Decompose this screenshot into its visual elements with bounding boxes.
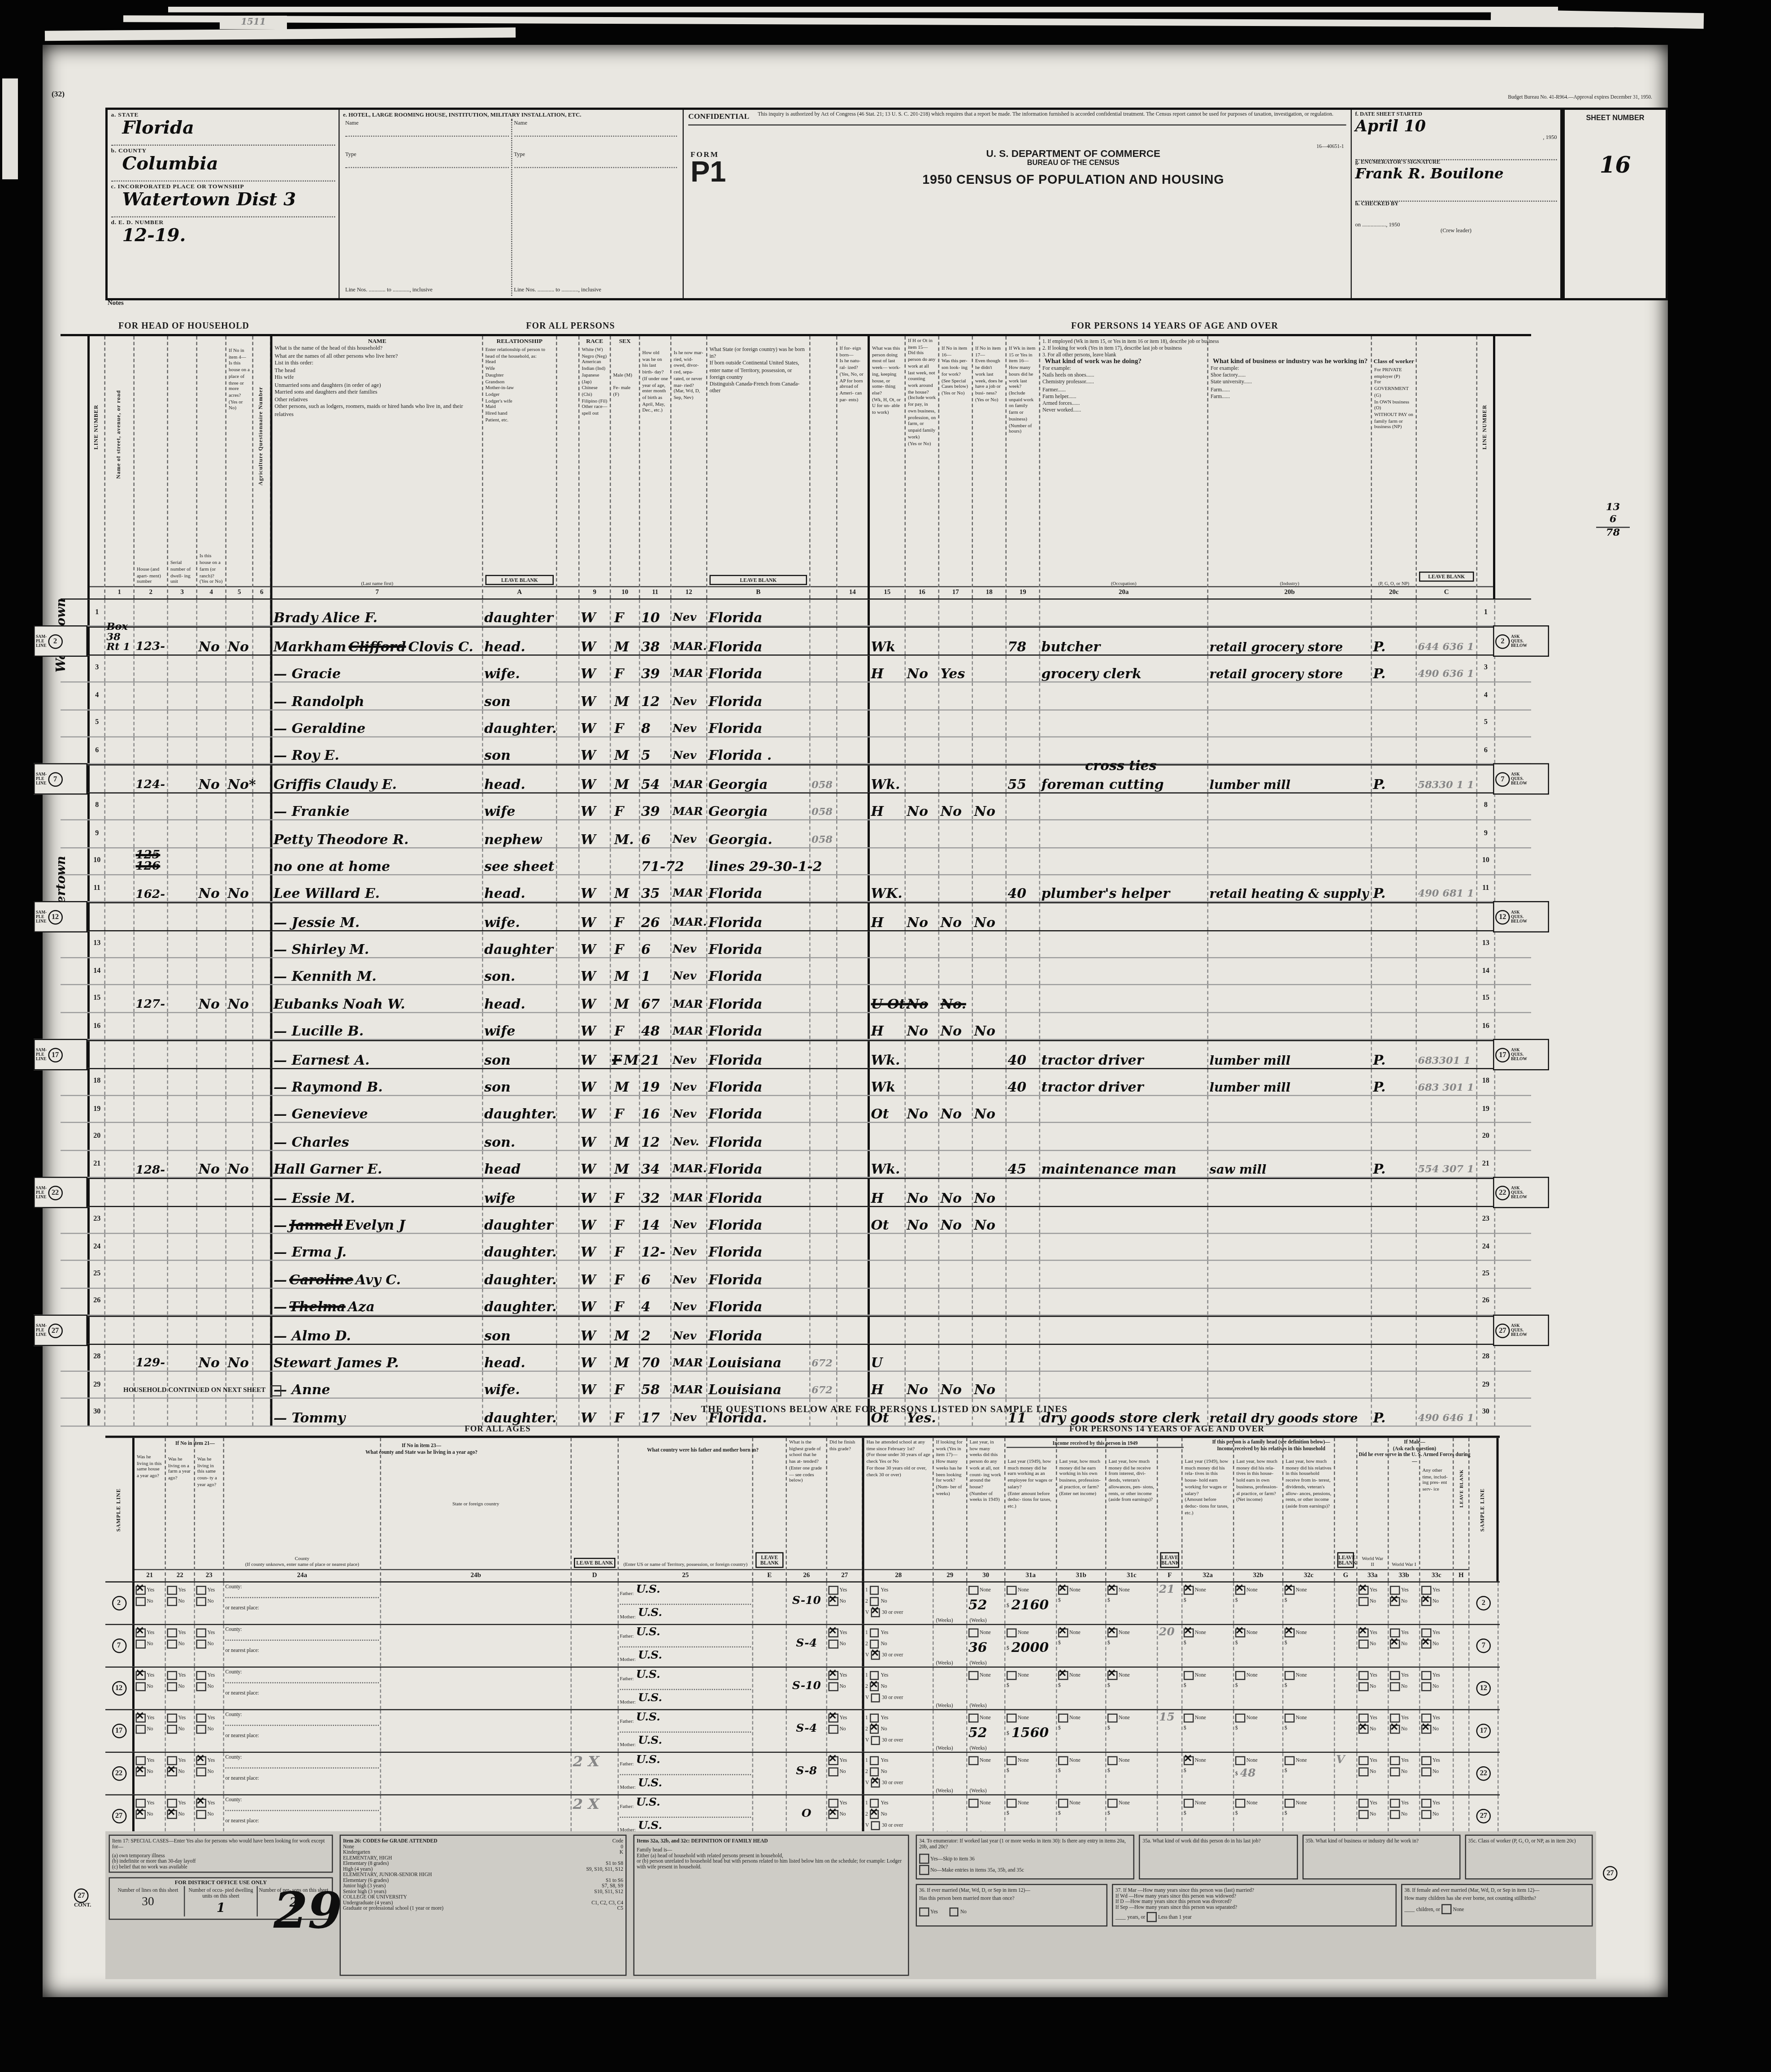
sex-cell: F [611,1179,640,1205]
naturalized-cell [838,875,869,901]
population-table: FOR HEAD OF HOUSEHOLD FOR ALL PERSONS FO… [61,318,1531,1426]
bcol-24b: State or foreign country24b [381,1438,572,1582]
own-business-cell: None $ [1057,1668,1107,1709]
name-cell: Eubanks Noah W. [270,986,483,1012]
leave-blank-h-cell [1454,1710,1470,1752]
attended-school-cell: 1Yes 2No V30 or over [862,1753,934,1795]
leave-blank-e-cell [753,1582,787,1624]
ww2-cell: Yes No [1358,1710,1389,1752]
race-cell: W [580,1096,611,1122]
sample-strip-cell: SAM- PLE LINE28 [61,1344,87,1370]
leave-blank-a-cell [557,1288,580,1314]
class-cell [1372,1206,1417,1232]
serial-cell [168,1151,197,1177]
birthplace-cell: Florida [708,1096,811,1122]
hours-cell [1007,1123,1040,1149]
grade-cell: S-4 [787,1625,827,1667]
hours-cell [1007,986,1040,1012]
ask-strip-cell: 6ASK QUES. BELOW [1495,737,1529,763]
industry-cell [1208,1261,1372,1287]
name-cell: — Anne [270,1372,483,1398]
leave-blank-b-cell [811,1123,838,1149]
other-service-yes-checkbox [1421,1670,1431,1680]
industry-cell [1208,848,1372,874]
has-job-cell [973,820,1007,846]
naturalized-cell [838,1013,869,1039]
ask-strip-cell: 24ASK QUES. BELOW [1495,1234,1529,1260]
person-row: SAM- PLE LINE6 6 — Roy E. son [61,737,1531,765]
col-item18: If No in item 17— Even though he didn't … [973,336,1007,598]
hours-cell [1007,655,1040,681]
house-number-cell [135,904,168,930]
wages-cell: None $2000 [1006,1625,1057,1667]
acres-cell [226,1179,253,1205]
sex-cell: M [611,1123,640,1149]
col-ask-strip [1495,336,1529,598]
ask-strip-cell: 10ASK QUES. BELOW [1495,848,1529,874]
sample-strip-cell: SAM- PLE LINE19 [61,1096,87,1122]
ask-strip-cell: 4ASK QUES. BELOW [1495,683,1529,709]
grade-code-row: KindergartenK [343,1849,623,1855]
family-head-box: Items 32a, 32b, and 32c: DEFINITION OF F… [634,1835,909,1976]
marital-cell: Nev [672,1234,708,1260]
relationship-cell: head [483,1151,557,1177]
serial-cell [168,820,197,846]
ask-strip-cell: 2ASK QUES. BELOW [1495,628,1529,654]
ww1-no-checkbox [1390,1639,1399,1648]
naturalized-cell [838,1206,869,1232]
grade-code-row: Junior high (3 years)S7, S8, S9 [343,1883,623,1889]
ask-strip-cell: 1ASK QUES. BELOW [1495,600,1529,626]
line-number-cell: 10 [87,848,105,874]
line-number-right-cell: 5 [1477,710,1495,736]
naturalized-cell [838,1123,869,1149]
leave-blank-c-cell: 490 681 1 [1417,875,1477,901]
serial-cell [168,1013,197,1039]
line-number-cell: 14 [87,958,105,984]
serial-cell [168,875,197,901]
has-job-cell: No [973,1206,1007,1232]
age-cell: 67 [640,986,672,1012]
occupation-cell [1040,1317,1208,1343]
serial-cell [168,600,197,626]
ww2-yes-checkbox [1359,1713,1368,1722]
age-cell: 12- [640,1234,672,1260]
leave-blank-c-cell [1417,1013,1477,1039]
relationship-cell: son [483,1041,557,1067]
sex-cell: F [611,1206,640,1232]
leave-blank-b-cell: 058 [811,820,838,846]
bcol-32c: Last year, how much money did his relati… [1284,1438,1335,1582]
leave-blank-b-cell [811,628,838,654]
marital-cell: Nev [672,1069,708,1095]
looking-cell: No [939,1206,973,1232]
age-cell: 14 [640,1206,672,1232]
col-sex: SEXMale (M) Fe- male (F)10 [611,336,640,598]
leave-blank-c-cell [1417,600,1477,626]
line-number-right-cell: 12 [1477,904,1495,930]
agriculture-cell [253,1069,271,1095]
other-service-no-checkbox [1421,1767,1431,1776]
farm-cell [197,820,226,846]
weeks-worked-cell: None 36 (Weeks) [968,1625,1006,1667]
line-number-right-cell: 11 [1477,875,1495,901]
sample-number-right-cell: 27 [1470,1795,1499,1837]
leave-blank-a-cell [557,766,580,792]
farm-cell [197,683,226,709]
leave-blank-d-cell [572,1625,619,1667]
other-service-yes-checkbox [1421,1628,1431,1637]
item36-no-checkbox [949,1907,959,1916]
line-number-right-cell: 20 [1477,1123,1495,1149]
q22-cell: Yes No [166,1795,195,1837]
grade-cell: O [787,1795,827,1837]
ww1-yes-checkbox [1390,1713,1399,1722]
acres-cell: No [226,875,253,901]
relatives-wages-none-checkbox [1184,1798,1193,1808]
class-cell: P. [1372,766,1417,792]
house-number-cell [135,710,168,736]
sample-strip-cell: SAM- PLE LINE14 [61,958,87,984]
activity-cell: H [868,1372,906,1398]
person-row: SAM- PLE LINE15 15 127- No No Eubanks No… [61,986,1531,1013]
sheet-number-value: 16 [1600,152,1631,178]
weeks-looking-cell: (Weeks) [934,1710,968,1752]
activity-cell: WK. [868,875,906,901]
age-cell: 35 [640,875,672,901]
name-cell: — Genevieve [270,1096,483,1122]
line-number-right-cell: 16 [1477,1013,1495,1039]
birthplace-cell: Florida [708,875,811,901]
worked-cell: No [906,1372,939,1398]
marital-cell [672,848,708,874]
leave-blank-c-cell [1417,848,1477,874]
leave-blank-b-cell [811,904,838,930]
line-number-cell: 6 [87,737,105,763]
line-number-right-cell: 17 [1477,1041,1495,1067]
ww2-cell: Yes No [1358,1582,1389,1624]
finish-yes-checkbox [829,1713,838,1722]
house-number-cell [135,1206,168,1232]
hours-cell [1007,820,1040,846]
race-cell: W [580,931,611,957]
acres-cell [226,655,253,681]
grade-code-row: Graduate or professional school (1 year … [343,1905,623,1911]
leave-blank-c-cell [1417,1344,1477,1370]
looking-cell [939,1344,973,1370]
relatives-business-cell: None $ [1234,1582,1284,1624]
occupation-cell: cross tiesforeman cutting [1040,766,1208,792]
relationship-cell: son [483,1317,557,1343]
q21-yes-checkbox [136,1628,145,1637]
leave-blank-b-cell: 058 [811,793,838,819]
other-income-cell: None $ [1107,1668,1158,1709]
item34-no-checkbox [919,1865,929,1874]
line-number-cell: 24 [87,1234,105,1260]
ww1-cell: Yes No [1389,1582,1420,1624]
has-job-cell [973,766,1007,792]
cont-marker-left: 27CONT. [74,1883,91,1909]
class-cell [1372,1288,1417,1314]
relationship-cell: daughter [483,1206,557,1232]
occupation-cell [1040,1013,1208,1039]
sample-line-marker: SAM- PLE LINE2 [34,626,87,657]
person-row: SAM- PLE LINE25 25 —CarolineAvy C. d [61,1261,1531,1288]
col-age: How old was he on his last birth- day? (… [640,336,672,598]
activity-cell [868,1123,906,1149]
own-business-none-checkbox [1058,1713,1068,1722]
marital-cell: MAR. [672,1151,708,1177]
sex-cell: F [611,793,640,819]
col-agriculture: Agriculture Questionnaire Number6 [253,336,271,598]
industry-cell [1208,904,1372,930]
marital-cell: Nev [672,958,708,984]
finish-no-checkbox [829,1809,838,1819]
geography-box: a. STATE Florida b. COUNTY Columbia c. I… [108,110,340,298]
relatives-other-none-checkbox [1285,1585,1294,1595]
hours-cell [1007,958,1040,984]
street-cell [105,820,135,846]
house-number-cell [135,820,168,846]
has-job-cell [973,1261,1007,1287]
leave-blank-b-cell [811,1013,838,1039]
leave-blank-b-cell [811,600,838,626]
sex-cell: M [611,737,640,763]
band-for-all-ages: FOR ALL AGES [132,1423,863,1434]
agriculture-cell [253,1013,271,1039]
naturalized-cell [838,683,869,709]
ask-strip-cell: 25ASK QUES. BELOW [1495,1261,1529,1287]
wages-cell: None $1560 [1006,1710,1057,1752]
leave-blank-b-cell: 058 [811,766,838,792]
race-cell: W [580,1344,611,1370]
acres-cell [226,820,253,846]
ww1-cell: Yes No [1389,1795,1420,1837]
looking-cell [939,1069,973,1095]
activity-cell [868,710,906,736]
hours-cell [1007,1206,1040,1232]
race-cell: W [580,1041,611,1067]
relationship-cell: wife. [483,655,557,681]
q22-yes-checkbox [167,1628,177,1637]
ask-strip-cell: 3ASK QUES. BELOW [1495,655,1529,681]
street-cell [105,1069,135,1095]
leave-blank-a-cell [557,1344,580,1370]
relatives-wages-cell: None $ [1183,1668,1234,1709]
leave-blank-e-cell [753,1795,787,1837]
has-job-cell [973,931,1007,957]
looking-cell: No [939,904,973,930]
other-income-none-checkbox [1107,1628,1117,1637]
hours-cell [1007,793,1040,819]
street-cell [105,1179,135,1205]
worked-cell [906,958,939,984]
activity-cell: H [868,904,906,930]
naturalized-cell [838,655,869,681]
margin-fraction: 13678 [1596,502,1630,539]
leave-blank-f-cell [1158,1668,1183,1709]
worked-cell: No [906,793,939,819]
class-cell [1372,1013,1417,1039]
leave-blank-e-cell [753,1753,787,1795]
relatives-wages-none-checkbox [1184,1756,1193,1765]
has-job-cell [973,1151,1007,1177]
marital-cell: Nev [672,1206,708,1232]
item38-box: 38. If female and ever married (Mar, Wd,… [1401,1884,1593,1927]
leave-blank-c-cell [1417,1206,1477,1232]
state-cell [381,1582,572,1624]
house-number-cell: 125 126 [135,848,168,874]
marital-cell: MAR [672,986,708,1012]
q22-no-checkbox [167,1724,177,1734]
q22-yes-checkbox [167,1713,177,1722]
hours-cell [1007,600,1040,626]
sex-cell: F [611,600,640,626]
ww2-yes-checkbox [1359,1798,1368,1808]
relationship-cell: head. [483,875,557,901]
line-number-cell: 15 [87,986,105,1012]
person-row: SAM- PLE LINE19 19 — Genevieve daugh [61,1096,1531,1123]
occupation-cell [1040,904,1208,930]
finish-no-checkbox [829,1596,838,1606]
sample-row: 17 Yes No Yes No Yes No [105,1710,1500,1753]
birthplace-cell: Louisiana [708,1372,811,1398]
sample-strip-cell: SAM- PLE LINE7 [61,766,87,792]
bcol-D: LEAVE BLANKD [572,1438,619,1582]
col-line-number-right: LINE NUMBER [1477,336,1495,598]
special-cases-box: Item 17: SPECIAL CASES—Enter Yes also fo… [109,1835,333,1873]
ww1-cell: Yes No [1389,1668,1420,1709]
item38-none-checkbox [1442,1904,1451,1914]
class-cell [1372,600,1417,626]
hours-cell [1007,1372,1040,1398]
naturalized-cell [838,1179,869,1205]
q22-no-checkbox [167,1682,177,1691]
age-cell: 39 [640,793,672,819]
line-number-cell: 2 [87,628,105,654]
industry-cell [1208,820,1372,846]
agriculture-cell [253,1179,271,1205]
farm-cell [197,600,226,626]
ask-strip-cell: 8ASK QUES. BELOW [1495,793,1529,819]
page-corner-number: (32) [52,90,65,99]
birthplace-cell: Florida [708,1317,811,1343]
looking-cell [939,848,973,874]
line-number-cell: 7 [87,766,105,792]
leave-blank-b-cell [811,1234,838,1260]
industry-cell [1208,958,1372,984]
acres-cell [226,1069,253,1095]
q21-no-checkbox [136,1596,145,1606]
subband-county-question: If No in item 23— What county and State … [224,1443,619,1456]
sample-strip-cell: SAM- PLE LINE6 [61,737,87,763]
ww2-yes-checkbox [1359,1628,1368,1637]
sample-row: 12 Yes No Yes No Yes No [105,1668,1500,1710]
age-cell: 5 [640,737,672,763]
line-number-cell: 20 [87,1123,105,1149]
leave-blank-c-cell: 683301 1 [1417,1041,1477,1067]
grade-cell: S-8 [787,1753,827,1795]
line-number-right-cell: 23 [1477,1206,1495,1232]
leave-blank-a-cell [557,1041,580,1067]
bcol-G: LEAVE BLANKG [1335,1438,1358,1582]
relatives-wages-cell: None $ [1183,1795,1234,1837]
bcol-E: LEAVE BLANKE [753,1438,787,1582]
leave-blank-a-cell [557,1206,580,1232]
birthplace-cell: lines 29-30-1-2 [708,848,811,874]
line-number-right-cell: 6 [1477,737,1495,763]
house-number-cell [135,793,168,819]
street-cell [105,683,135,709]
q21-cell: Yes No [132,1710,166,1752]
age-cell: 4 [640,1288,672,1314]
other-service-yes-checkbox [1421,1798,1431,1808]
worked-cell [906,875,939,901]
sample-line-marker: SAM- PLE LINE22 [34,1177,87,1209]
leave-blank-b-cell [811,1261,838,1287]
leave-blank-b-cell [811,737,838,763]
parents-cell: Father:U.S. Mother:U.S. [619,1795,753,1837]
other-service-no-checkbox [1421,1809,1431,1819]
q22-yes-checkbox [167,1798,177,1808]
other-service-yes-checkbox [1421,1713,1431,1722]
class-cell [1372,1179,1417,1205]
race-cell: W [580,1372,611,1398]
q22-cell: Yes No [166,1625,195,1667]
other-income-none-checkbox [1107,1756,1117,1765]
age-cell: 2 [640,1317,672,1343]
worked-cell: No [906,986,939,1012]
occupation-cell: grocery clerk [1040,655,1208,681]
occupation-cell [1040,1179,1208,1205]
leave-blank-a-cell [557,1317,580,1343]
grade-code-row: None0 [343,1844,623,1850]
sample-strip-cell: SAM- PLE LINE17 [61,1041,87,1067]
naturalized-cell [838,904,869,930]
agriculture-cell [253,737,271,763]
ask-strip-cell: 13ASK QUES. BELOW [1495,931,1529,957]
q22-yes-checkbox [167,1670,177,1680]
serial-cell [168,655,197,681]
line-number-cell: 28 [87,1344,105,1370]
house-number-cell [135,600,168,626]
relatives-other-cell: None $ [1284,1668,1335,1709]
leave-blank-d-cell [572,1582,619,1624]
school-yes-checkbox [869,1756,879,1765]
col-serial: Serial number of dwell- ing unit3 [168,336,197,598]
serial-cell [168,683,197,709]
line-number-right-cell: 25 [1477,1261,1495,1287]
wages-cell: None $2160 [1006,1582,1057,1624]
line-number-cell: 8 [87,793,105,819]
other-income-none-checkbox [1107,1670,1117,1680]
class-cell [1372,931,1417,957]
activity-cell [868,958,906,984]
serial-cell [168,904,197,930]
sex-cell: M [611,1344,640,1370]
agriculture-cell [253,1317,271,1343]
leave-blank-b-cell: 672 [811,1344,838,1370]
agriculture-cell [253,683,271,709]
worked-cell [906,1317,939,1343]
sex-cell: F [611,904,640,930]
has-job-cell: No [973,793,1007,819]
serial-cell [168,1317,197,1343]
has-job-cell: No [973,904,1007,930]
acres-cell: No [226,1151,253,1177]
activity-cell [868,1288,906,1314]
looking-cell [939,1123,973,1149]
